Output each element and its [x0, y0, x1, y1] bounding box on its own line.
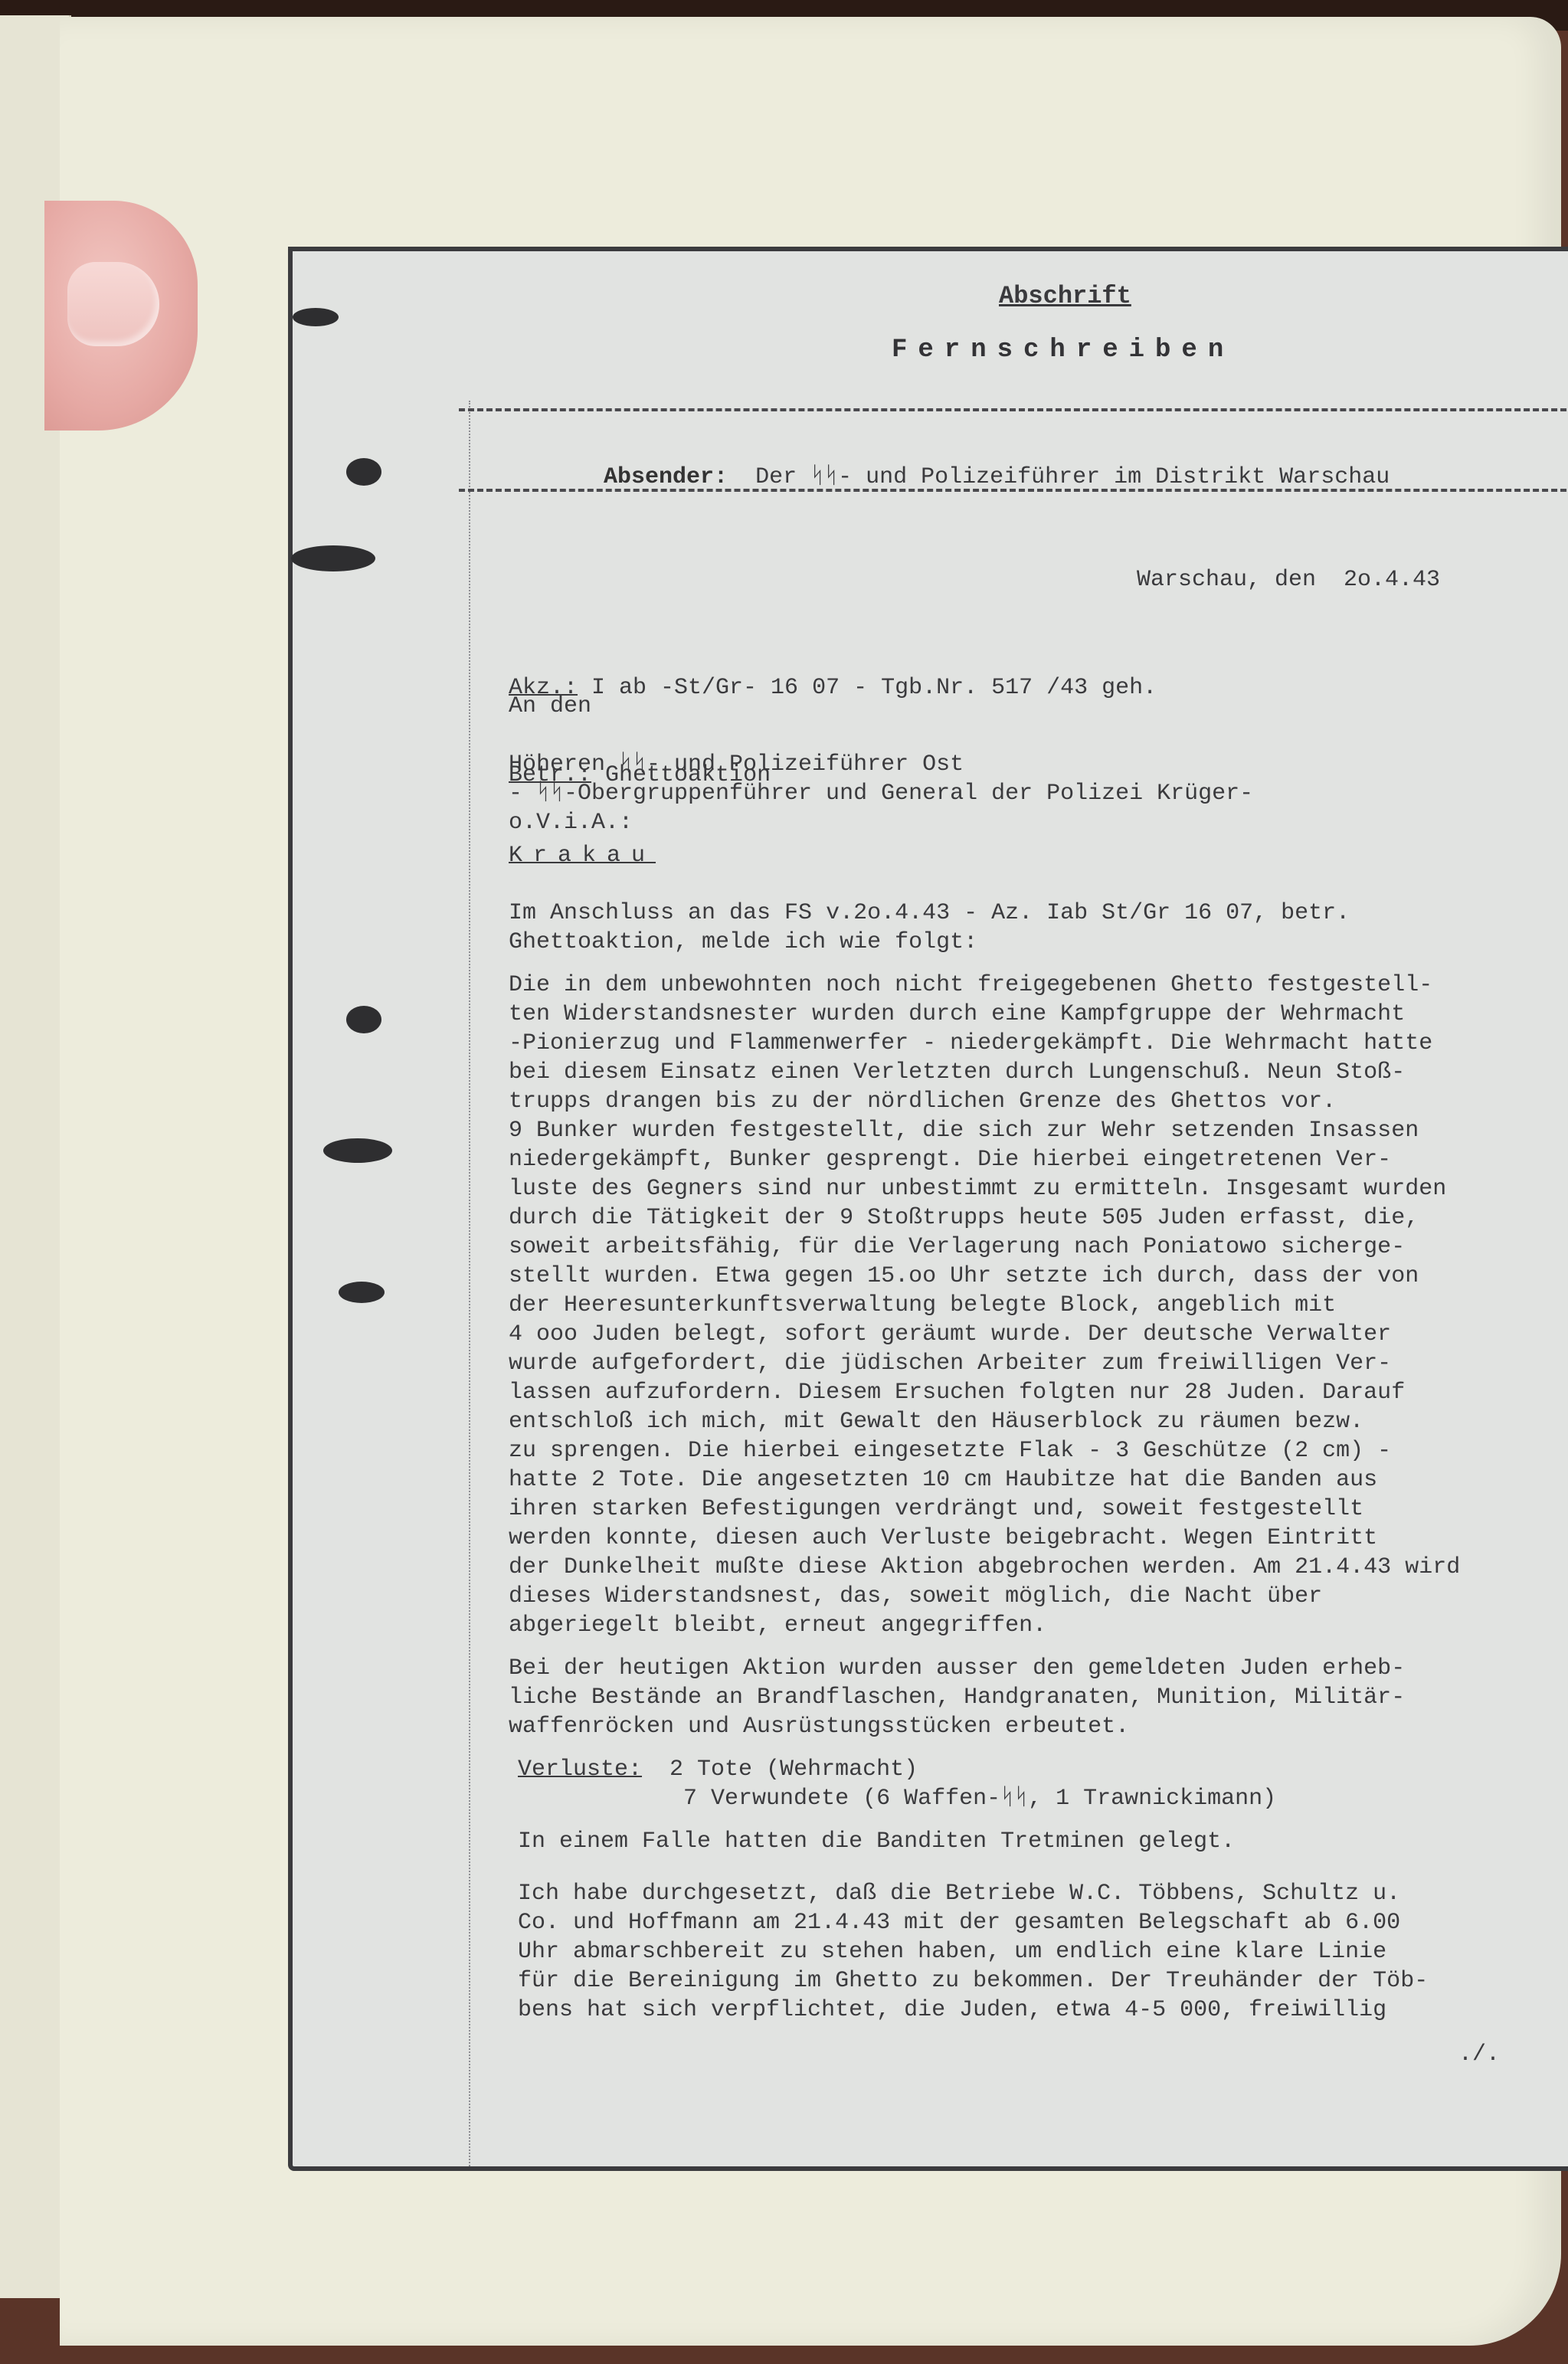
thumbnail — [67, 262, 159, 346]
report-body: Im Anschluss an das FS v.2o.4.43 - Az. I… — [509, 899, 1568, 2069]
final-paragraph: Ich habe durchgesetzt, daß die Betriebe … — [509, 1879, 1568, 2025]
header-title: Abschrift — [999, 282, 1131, 310]
divider-bottom — [459, 489, 1568, 492]
place-date: Warschau, den 2o.4.43 — [1137, 565, 1440, 594]
continuation-mark: ./. — [509, 2040, 1568, 2069]
sender-line: Absender: Der ᛋᛋ- und Polizeiführer im D… — [493, 434, 1390, 521]
sender-label: Absender: — [604, 464, 728, 490]
punch-hole — [291, 545, 375, 571]
punch-hole — [346, 1006, 381, 1033]
header-subtitle: Fernschreiben — [892, 336, 1234, 365]
punch-hole — [346, 458, 381, 486]
punch-hole — [293, 308, 339, 326]
losses-label: Verluste: — [518, 1757, 642, 1783]
margin-line — [469, 401, 470, 2166]
report-paragraph: Bei der heutigen Aktion wurden ausser de… — [509, 1654, 1568, 1741]
recipient-line — [509, 721, 1253, 750]
recipient-line: o.V.i.A.: — [509, 808, 1253, 837]
recipient-city: Krakau — [509, 841, 656, 870]
thumb — [44, 201, 198, 431]
report-paragraph: Im Anschluss an das FS v.2o.4.43 - Az. I… — [509, 899, 1568, 957]
book-page: Abschrift Fernschreiben 23 Absender: Der… — [60, 17, 1561, 2346]
mines-note: In einem Falle hatten die Banditen Tretm… — [509, 1827, 1568, 1856]
divider-top — [459, 408, 1568, 411]
recipient-line: - ᛋᛋ-Obergruppenführer und General der P… — [509, 779, 1253, 808]
document-reproduction: Abschrift Fernschreiben 23 Absender: Der… — [288, 247, 1568, 2171]
recipient-block: An den Höheren ᛋᛋ- und Polizeiführer Ost… — [509, 692, 1253, 837]
telex-sheet: Abschrift Fernschreiben 23 Absender: Der… — [463, 251, 1568, 2166]
punch-hole — [323, 1138, 392, 1163]
recipient-line: An den — [509, 692, 1253, 721]
recipient-line: Höheren ᛋᛋ- und Polizeiführer Ost — [509, 750, 1253, 779]
punch-hole — [339, 1282, 385, 1303]
report-paragraph: Die in dem unbewohnten noch nicht freige… — [509, 971, 1568, 1640]
losses-block: Verluste: 2 Tote (Wehrmacht) 7 Verwundet… — [509, 1755, 1568, 1813]
sender-value: Der ᛋᛋ- und Polizeiführer im Distrikt Wa… — [755, 464, 1390, 490]
